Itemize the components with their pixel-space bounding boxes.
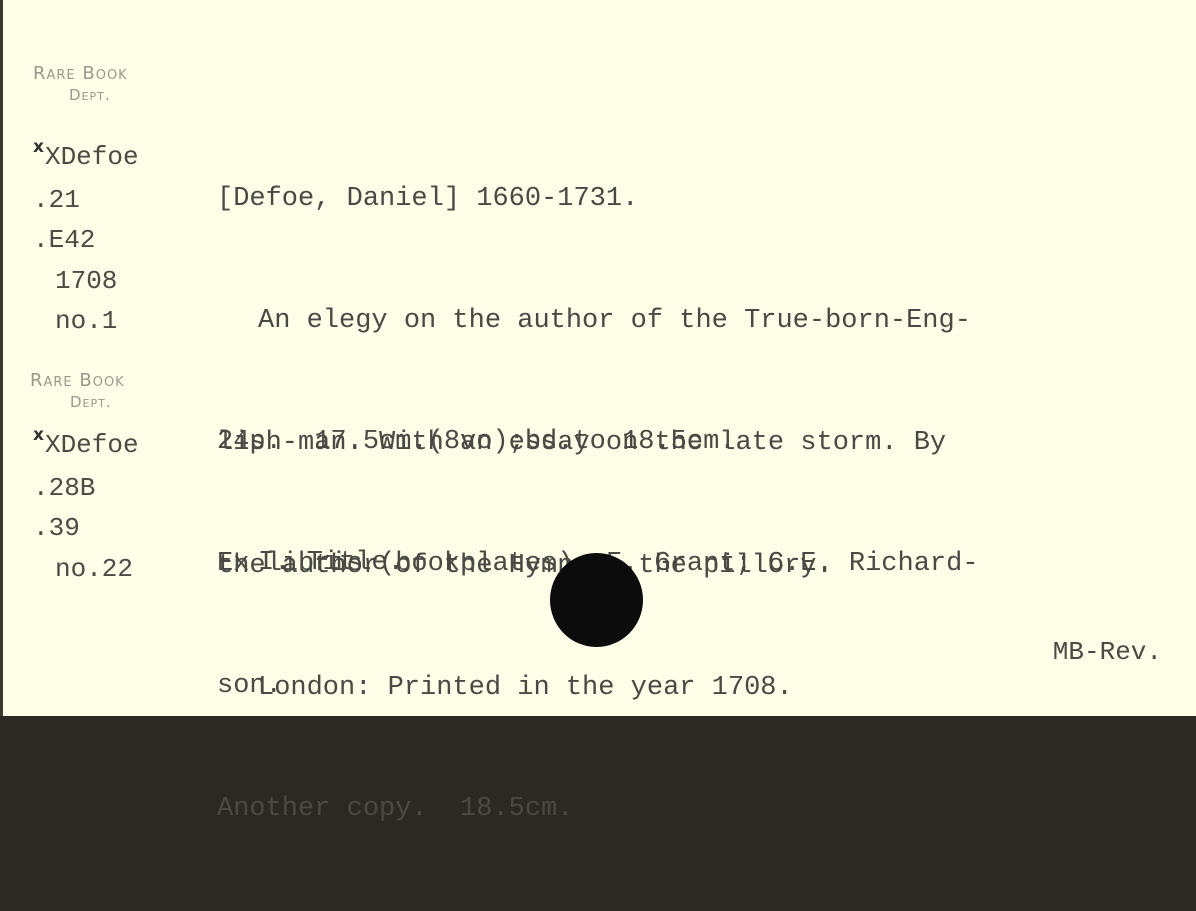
rare-book-stamp: Rare Book Dept.: [30, 370, 125, 411]
call-number-line: .39: [33, 508, 139, 549]
call-number: xXDefoe .28B .39 no.22: [33, 425, 139, 589]
cataloger-code: MB-Rev.: [1053, 637, 1162, 667]
catalog-card: Rare Book Dept. xXDefoe .21 .E42 1708 no…: [0, 0, 1196, 716]
call-number-line: .21: [33, 180, 139, 221]
call-number-line: 1708: [33, 261, 139, 302]
call-number-line: .28B: [33, 468, 139, 509]
call-number-line: no.22: [33, 549, 139, 590]
call-number: xXDefoe .21 .E42 1708 no.1: [33, 137, 139, 342]
stamp-line-1: Rare Book: [33, 63, 128, 84]
provenance-note-cont: son.: [217, 666, 979, 707]
call-number-line: no.1: [33, 301, 139, 342]
call-number-line: xXDefoe: [33, 137, 139, 180]
rare-book-stamp: Rare Book Dept.: [33, 63, 128, 104]
author-heading: [Defoe, Daniel] 1660-1731.: [217, 179, 971, 220]
call-number-line: xXDefoe: [33, 425, 139, 468]
stamp-line-2: Dept.: [70, 393, 125, 411]
subject-tracing: I. Title.: [258, 548, 404, 578]
x-mark-icon: x: [33, 425, 44, 445]
physical-description: 24p. 17.5cm.(8vo);bd.to 18.5cm. Ex libri…: [217, 340, 979, 720]
collation: 24p. 17.5cm.(8vo);bd.to 18.5cm.: [217, 422, 979, 463]
title-line: An elegy on the author of the True-born-…: [217, 301, 971, 342]
stamp-line-2: Dept.: [69, 86, 128, 104]
x-mark-icon: x: [33, 137, 44, 157]
stamp-line-1: Rare Book: [30, 370, 125, 391]
punch-hole: [550, 553, 643, 647]
call-number-line: .E42: [33, 220, 139, 261]
